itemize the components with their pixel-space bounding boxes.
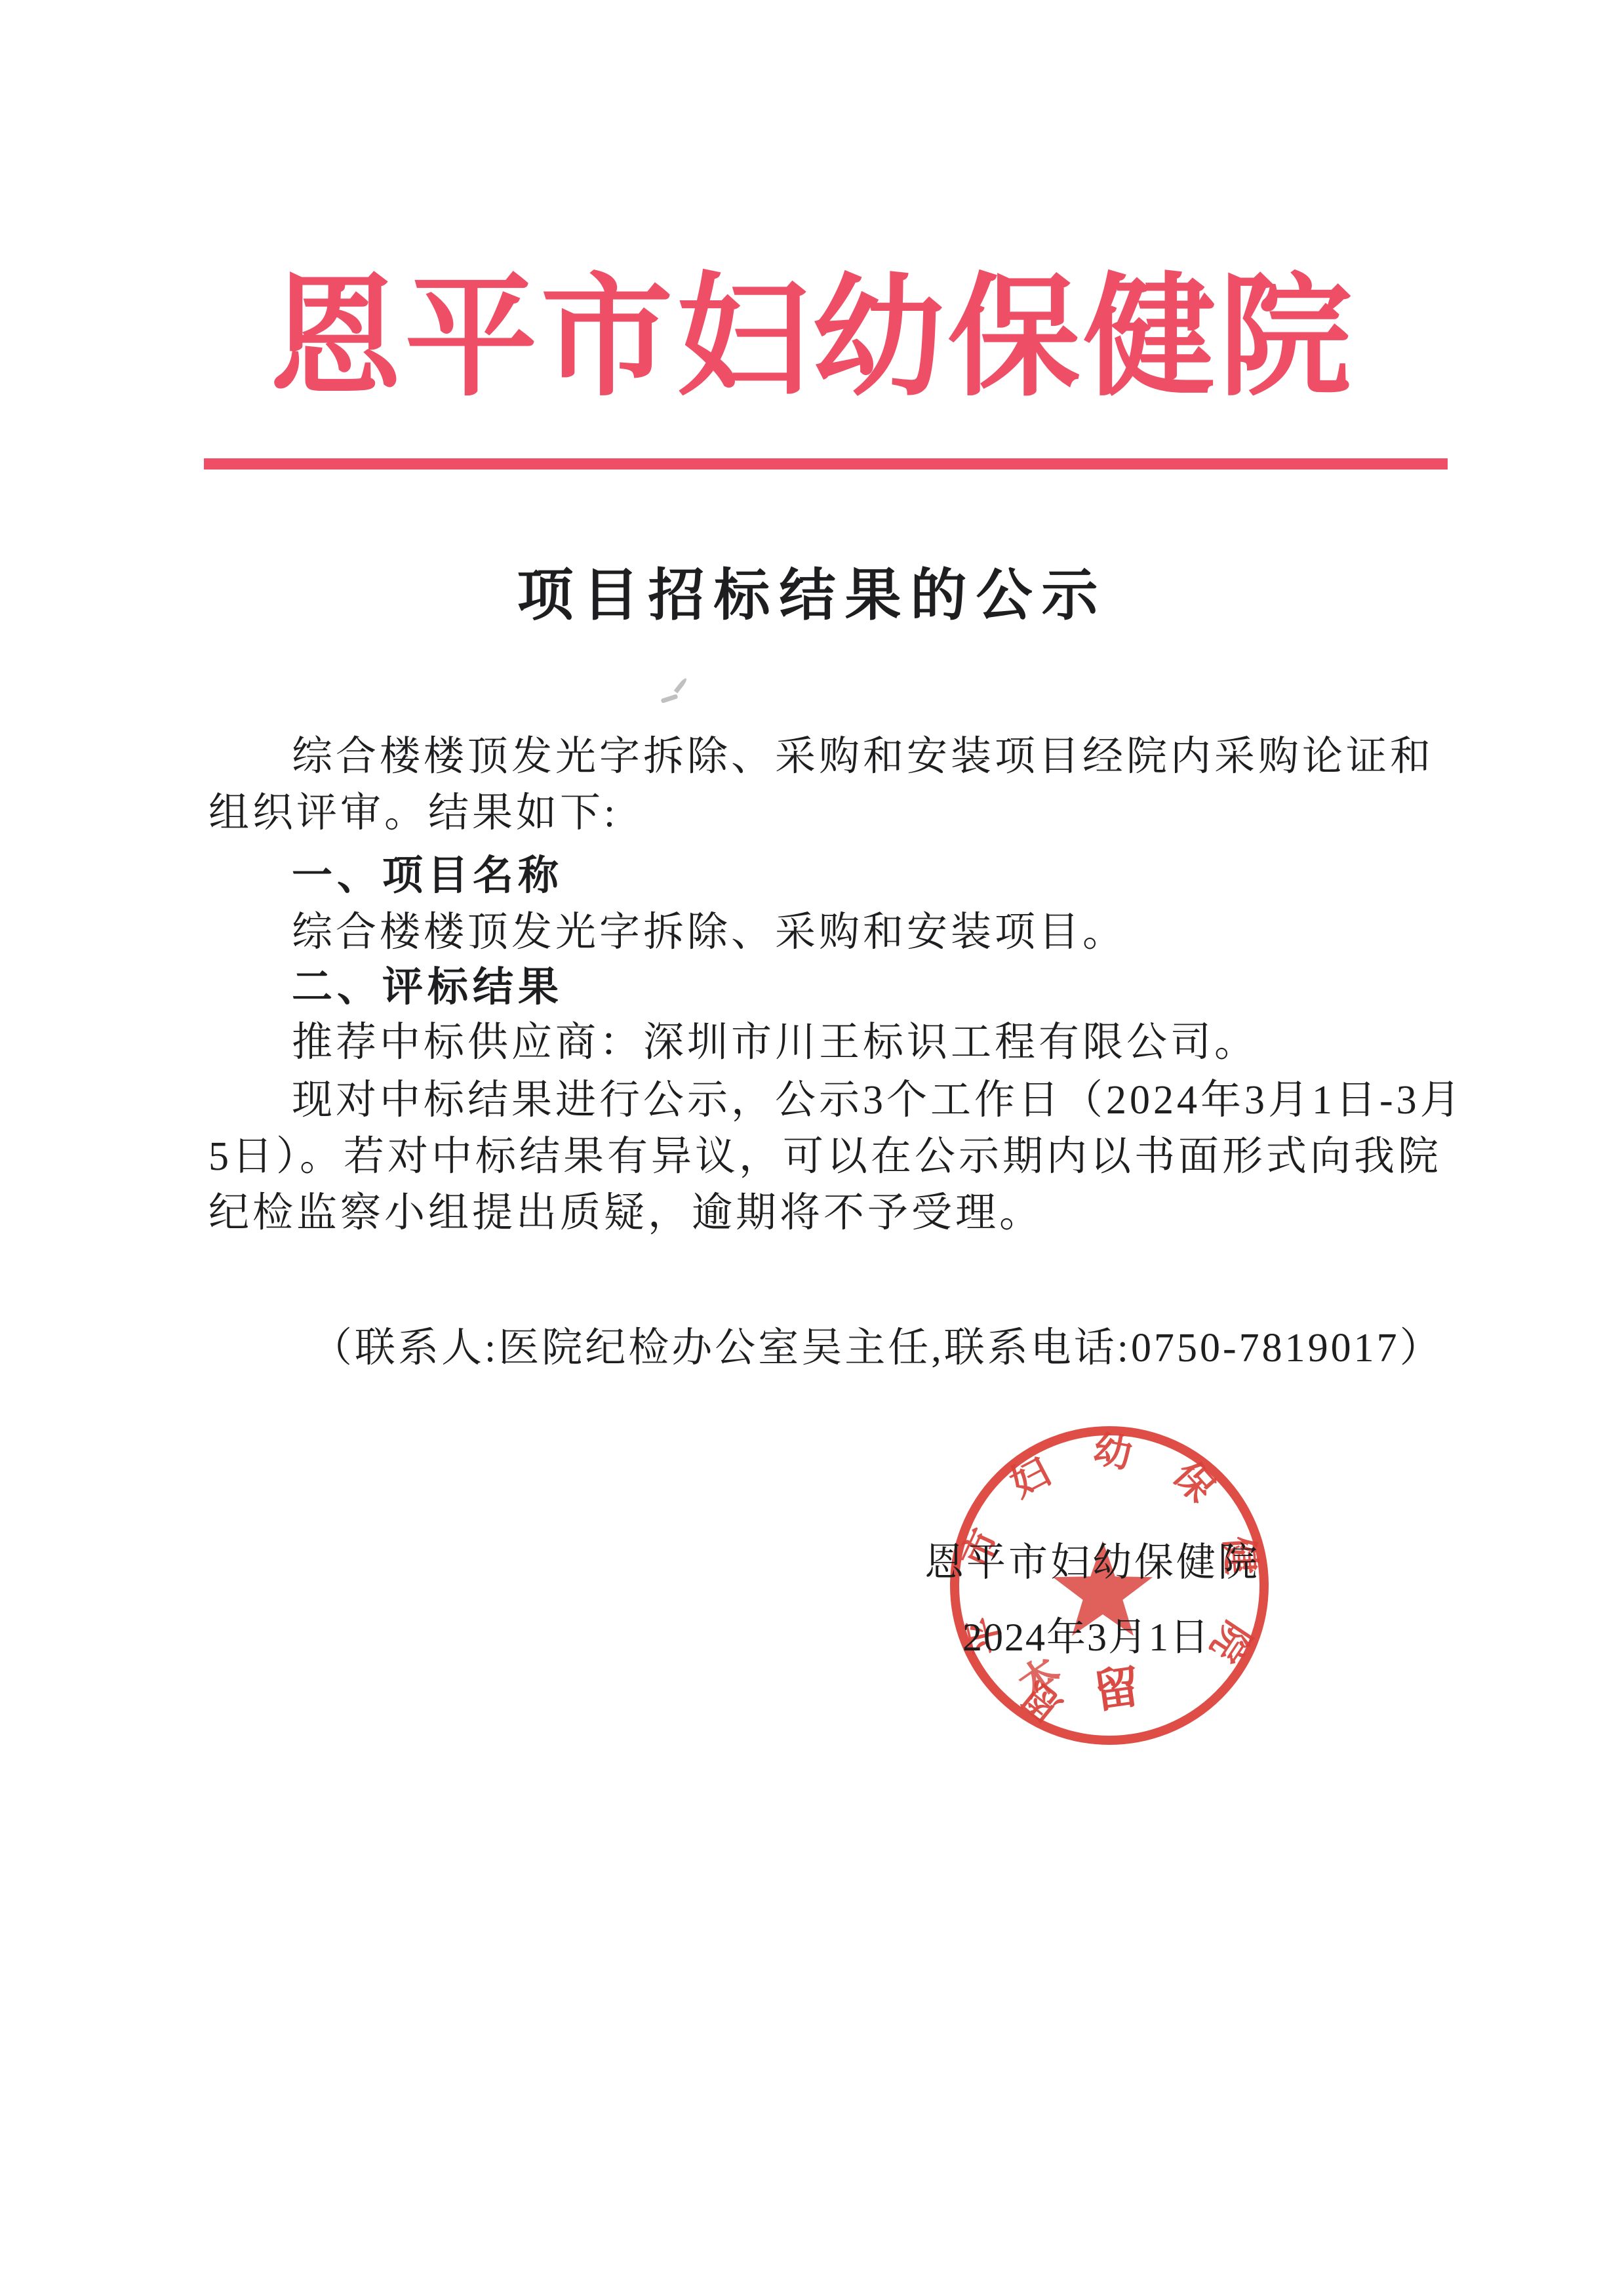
scan-speckle xyxy=(674,677,688,694)
seal-ghost-char-bottom: 留 xyxy=(1090,1662,1143,1718)
official-seal: 恩平市妇幼保健院 留 本 xyxy=(939,1415,1280,1756)
red-divider xyxy=(204,458,1448,469)
scan-speckle xyxy=(661,694,679,704)
notice-line-1: 现对中标结果进行公示，公示3个工作日（2024年3月1日-3月 xyxy=(208,1077,1577,1124)
document-title: 项目招标结果的公示 xyxy=(0,563,1624,628)
signature-org: 恩平市妇幼保健院 xyxy=(924,1540,1260,1586)
section-1-heading: 一、项目名称 xyxy=(208,852,1577,900)
intro-line-1: 综合楼楼顶发光字拆除、采购和安装项目经院内采购论证和 xyxy=(208,733,1577,780)
intro-line-2: 组织评审。结果如下: xyxy=(208,789,1494,837)
section-2-heading: 二、评标结果 xyxy=(208,964,1577,1011)
org-header-title: 恩平市妇幼保健院 xyxy=(0,261,1624,416)
notice-line-2: 5日）。若对中标结果有异议，可以在公示期内以书面形式向我院 xyxy=(208,1133,1494,1180)
signature-date: 2024年3月1日 xyxy=(962,1614,1210,1660)
notice-line-3: 纪检监察小组提出质疑，逾期将不予受理。 xyxy=(208,1189,1494,1237)
document-page: 恩平市妇幼保健院 项目招标结果的公示 综合楼楼顶发光字拆除、采购和安装项目经院内… xyxy=(0,0,1624,2295)
project-name-line: 综合楼楼顶发光字拆除、采购和安装项目。 xyxy=(208,909,1577,956)
contact-line: （联系人:医院纪检办公室吴主任,联系电话:0750-7819017） xyxy=(208,1325,1596,1372)
winner-line: 推荐中标供应商：深圳市川王标识工程有限公司。 xyxy=(208,1019,1577,1066)
